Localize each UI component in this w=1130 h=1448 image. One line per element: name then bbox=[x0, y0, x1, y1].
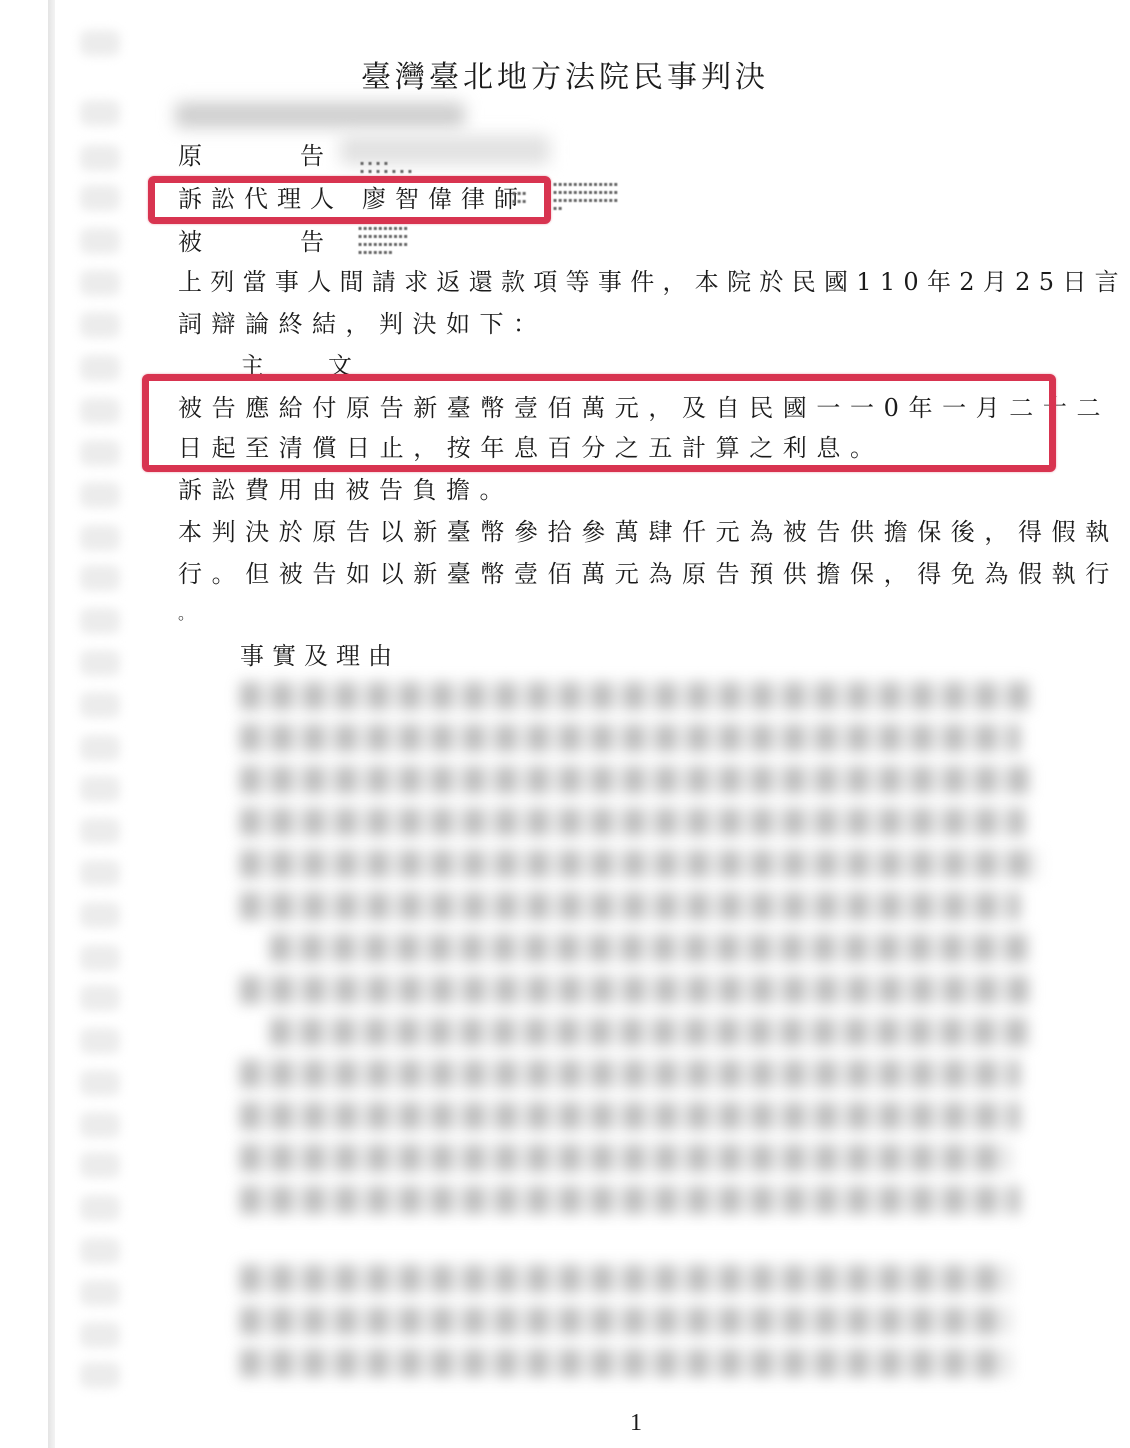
provisional-execution-line-2: 行。但被告如以新臺幣壹佰萬元為原告預供擔保，得免為假執行 bbox=[178, 558, 1119, 590]
intro-line-1: 上列當事人間請求返還款項等事件，本院於民國110年2月25日言 bbox=[178, 266, 1127, 298]
party-label-right: 告 bbox=[300, 226, 324, 258]
attorney-address-redacted: ▪▪▪▪▪▪▪▪▪▪▪▪▪▪▪▪▪▪▪▪▪▪▪▪▪▪▪▪▪▪▪▪▪▪▪▪▪▪▪▪… bbox=[553, 181, 678, 213]
line-number-margin bbox=[80, 0, 140, 1448]
provisional-execution-line-3: 。 bbox=[178, 598, 204, 630]
highlight-box-judgment bbox=[142, 374, 1056, 472]
costs-line: 訴訟費用由被告負擔。 bbox=[178, 474, 513, 506]
party-label-right: 告 bbox=[300, 140, 324, 172]
page-left-edge bbox=[48, 0, 55, 1448]
facts-heading: 事實及理由 bbox=[240, 640, 400, 672]
highlight-box-attorney bbox=[148, 176, 551, 224]
defendant-info-redacted: ▪▪▪▪▪▪▪▪▪▪▪▪▪▪▪▪▪▪▪▪▪▪▪▪▪▪▪▪▪▪▪▪▪▪▪▪▪ bbox=[358, 225, 468, 257]
document-title: 臺灣臺北地方法院民事判決 bbox=[0, 52, 1130, 96]
page-number: 1 bbox=[630, 1410, 642, 1437]
provisional-execution-line-1: 本判決於原告以新臺幣參拾參萬肆仟元為被告供擔保後，得假執 bbox=[178, 516, 1119, 548]
party-label-left: 被 bbox=[178, 226, 202, 258]
intro-line-2: 詞辯論終結，判決如下： bbox=[178, 308, 547, 340]
party-label-left: 原 bbox=[178, 140, 202, 172]
document-page: 臺灣臺北地方法院民事判決 原 告 ▪ ▪ ▪ ▪▪ ▪ ▪ ▪ ▪ ▪ ▪ 訴訟… bbox=[0, 0, 1130, 1448]
case-number-redacted bbox=[175, 102, 465, 128]
